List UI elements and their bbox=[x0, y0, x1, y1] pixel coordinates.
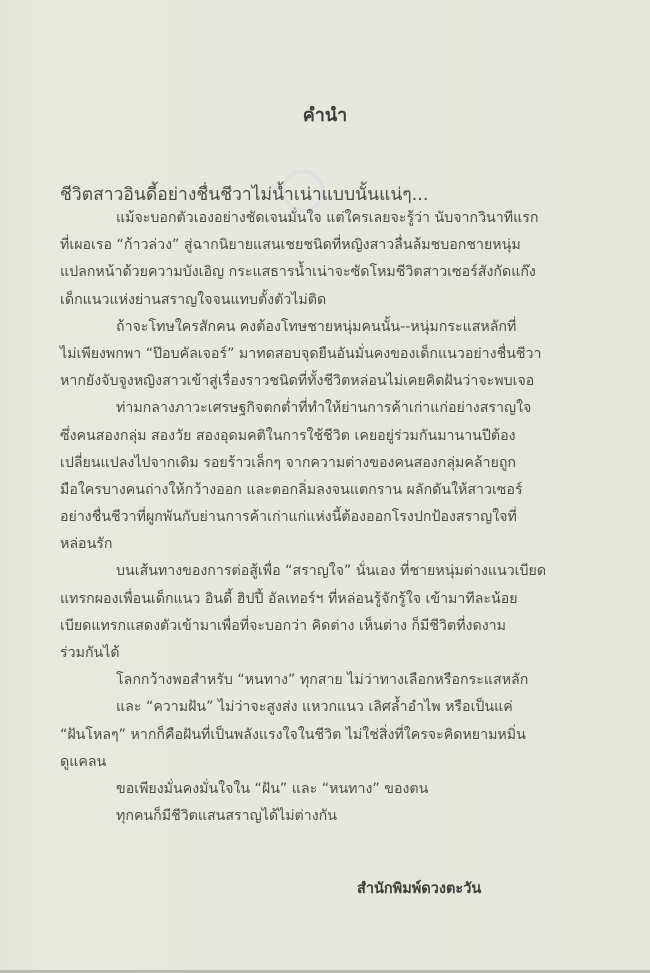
text-line: มือใครบางคนถ่างให้กว้างออก และตอกลิ่มลงจ… bbox=[60, 477, 600, 504]
lead-sentence: ชีวิตสาวอินดี้อย่างชื่นชีวาไม่น้ำเน่าแบบ… bbox=[60, 180, 428, 208]
text-line: อย่างชื่นชีวาที่ผูกพันกับย่านการค้าเก่าแ… bbox=[60, 504, 600, 531]
text-line: ท่ามกลางภาวะเศรษฐกิจตกต่ำที่ทำให้ย่านการ… bbox=[60, 395, 600, 422]
text-line: แปลกหน้าด้วยความบังเอิญ กระแสธารน้ำเน่าจ… bbox=[60, 259, 600, 286]
text-line: ซึ่งคนสองกลุ่ม สองวัย สองอุดมคติในการใช้… bbox=[60, 423, 600, 450]
text-line: และ “ความฝัน” ไม่ว่าจะสูงส่ง แหวกแนว เลิ… bbox=[60, 694, 600, 721]
text-line: หล่อนรัก bbox=[60, 531, 600, 558]
text-line: บนเส้นทางของการต่อสู้เพื่อ “สราญใจ” นั่น… bbox=[60, 558, 600, 585]
preface-body: แม้จะบอกตัวเองอย่างชัดเจนมั่นใจ แต่ใครเล… bbox=[60, 205, 600, 830]
text-line: ที่เผอเรอ “ก้าวล่วง” สู่ฉากนิยายแสนเชยชน… bbox=[60, 232, 600, 259]
text-line: เปลี่ยนแปลงไปจากเดิม รอยร้าวเล็กๆ จากควา… bbox=[60, 450, 600, 477]
text-line: ร่วมกันได้ bbox=[60, 640, 600, 667]
text-line: เบียดแทรกแสดงตัวเข้ามาเพื่อที่จะบอกว่า ค… bbox=[60, 613, 600, 640]
book-page: คำนำ ชีวิตสาวอินดี้อย่างชื่นชีวาไม่น้ำเน… bbox=[0, 0, 650, 973]
text-line: ทุกคนก็มีชีวิตแสนสราญได้ไม่ต่างกัน bbox=[60, 803, 600, 830]
publisher-signature: สำนักพิมพ์ดวงตะวัน bbox=[357, 877, 481, 900]
text-line: หากยังจับจูงหญิงสาวเข้าสู่เรื่องราวชนิดท… bbox=[60, 368, 600, 395]
text-line: แม้จะบอกตัวเองอย่างชัดเจนมั่นใจ แต่ใครเล… bbox=[60, 205, 600, 232]
text-line: เด็กแนวแห่งย่านสราญใจจนแทบตั้งตัวไม่ติด bbox=[60, 287, 600, 314]
text-line: ไม่เพียงพกพา “ป๊อบคัลเจอร์” มาทดสอบจุดยื… bbox=[60, 341, 600, 368]
text-line: “ฝันโหลๆ” หากก็คือฝันที่เป็นพลังแรงใจในช… bbox=[60, 722, 600, 749]
text-line: แทรกผองเพื่อนเด็กแนว อินดี้ ฮิปปี้ อัลเท… bbox=[60, 586, 600, 613]
text-line: ถ้าจะโทษใครสักคน คงต้องโทษชายหนุ่มคนนั้น… bbox=[60, 314, 600, 341]
text-line: ดูแคลน bbox=[60, 749, 600, 776]
text-line: ขอเพียงมั่นคงมั่นใจใน “ฝัน” และ “หนทาง” … bbox=[60, 776, 600, 803]
page-title: คำนำ bbox=[0, 100, 650, 129]
text-line: โลกกว้างพอสำหรับ “หนทาง” ทุกสาย ไม่ว่าทา… bbox=[60, 667, 600, 694]
